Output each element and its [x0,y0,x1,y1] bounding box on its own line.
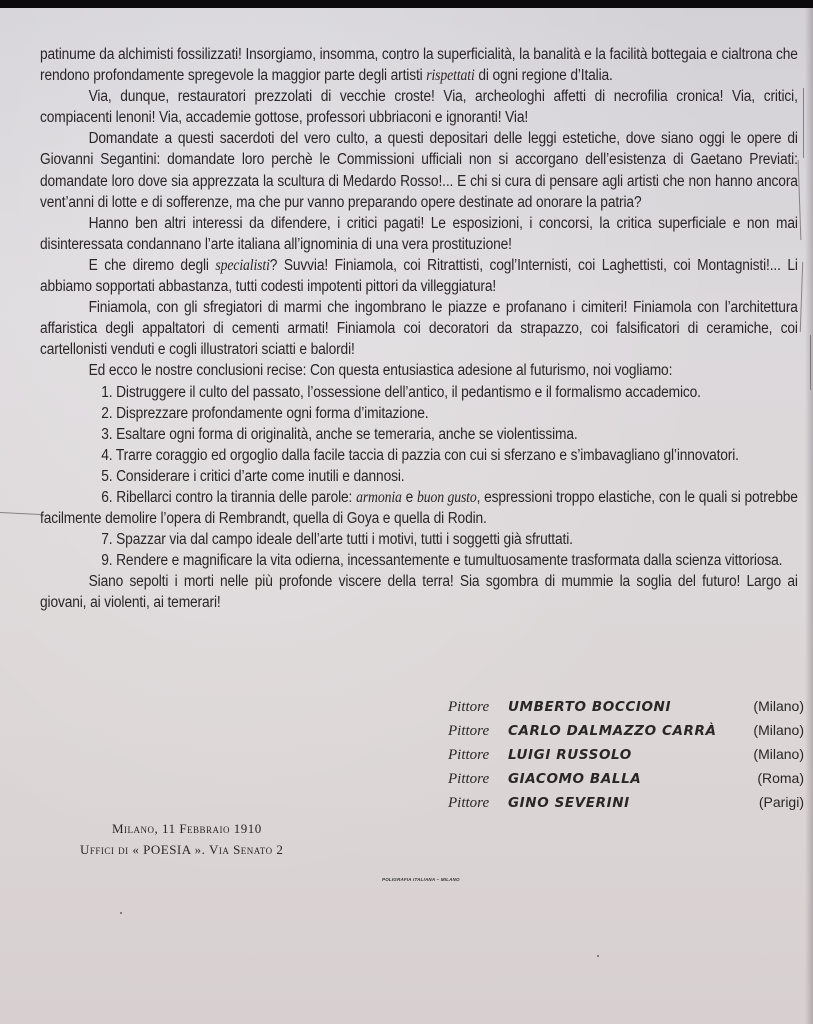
signature-city: (Roma) [757,770,804,786]
list-item: 9. Rendere e magnificare la vita odierna… [40,550,798,571]
italic-word: buon gusto [417,489,477,506]
manifesto-body: patinume da alchimisti fossilizzati! Ins… [40,44,724,614]
paragraph-text: di ogni regione d’Italia. [475,67,613,84]
list-text: Ribellarci contro la tirannia delle paro… [116,489,356,506]
paragraph: E che diremo degli specialisti? Suvvia! … [40,255,798,297]
list-item: 1. Distruggere il culto del passato, l’o… [40,382,798,403]
signature-name: UMBERTO BOCCIONI [508,699,753,715]
paragraph: patinume da alchimisti fossilizzati! Ins… [40,44,798,86]
list-number: 4. [101,447,112,464]
italic-word: armonia [356,489,402,506]
list-number: 1. [101,384,112,401]
list-text: e [402,489,417,506]
paragraph: Ed ecco le nostre conclusioni recise: Co… [40,360,798,381]
list-number: 9. [101,552,112,569]
list-number: 2. [101,405,112,422]
paragraph: Finiamola, con gli sfregiatori di marmi … [40,297,798,360]
printer-mark: POLIGRAFIA ITALIANA – MILANO [382,877,460,882]
list-text: Esaltare ogni forma di originalità, anch… [116,426,577,443]
signature-city: (Milano) [753,746,804,762]
paragraph-text: E che diremo degli [89,257,216,274]
closing-paragraph: Siano sepolti i morti nelle più profonde… [40,571,798,613]
paper-speck [597,955,599,957]
signature-row: Pittore UMBERTO BOCCIONI (Milano) [448,698,804,722]
list-text: Disprezzare profondamente ogni forma d’i… [116,405,428,422]
signature-row: Pittore GIACOMO BALLA (Roma) [448,770,804,794]
signature-row: Pittore GINO SEVERINI (Parigi) [448,794,804,818]
list-number: 7. [101,531,112,548]
date-line: Milano, 11 Febbraio 1910 [80,818,283,839]
office-address-line: Uffici di « POESIA ». Via Senato 2 [80,839,283,860]
list-item: 6. Ribellarci contro la tirannia delle p… [40,487,798,529]
signature-title: Pittore [448,771,508,788]
signature-name: CARLO DALMAZZO CARRÀ [508,723,753,739]
list-text: Spazzar via dal campo ideale dell’arte t… [116,531,573,548]
margin-pencil-mark [803,88,804,158]
signature-city: (Milano) [753,698,804,714]
list-item: 3. Esaltare ogni forma di originalità, a… [40,424,798,445]
list-item: 4. Trarre coraggio ed orgoglio dalla fac… [40,445,798,466]
paragraph: Domandate a questi sacerdoti del vero cu… [40,128,798,212]
signature-name: GINO SEVERINI [508,795,759,811]
signature-block: Pittore UMBERTO BOCCIONI (Milano) Pittor… [448,698,804,818]
paragraph-text: patinume da alchimisti fossilizzati! Ins… [40,46,798,84]
signature-city: (Milano) [753,722,804,738]
paper-edge-shadow [805,8,813,1024]
signature-city: (Parigi) [759,794,804,810]
signature-name: LUIGI RUSSOLO [508,747,753,763]
list-text: Distruggere il culto del passato, l’osse… [116,384,701,401]
list-text: Rendere e magnificare la vita odierna, i… [116,552,782,569]
list-number: 5. [101,468,112,485]
list-number: 3. [101,426,112,443]
list-text: Considerare i critici d’arte come inutil… [116,468,404,485]
signature-row: Pittore LUIGI RUSSOLO (Milano) [448,746,804,770]
paper-speck [120,912,122,914]
italic-word: specialisti [215,257,269,274]
signature-title: Pittore [448,747,508,764]
signature-title: Pittore [448,699,508,716]
list-item: 5. Considerare i critici d’arte come inu… [40,466,798,487]
signature-name: GIACOMO BALLA [508,771,757,787]
paper-speck [400,58,402,60]
italic-word: rispettati [426,67,474,84]
paragraph: Hanno ben altri interessi da difendere, … [40,213,798,255]
list-number: 6. [101,489,112,506]
list-item: 7. Spazzar via dal campo ideale dell’art… [40,529,798,550]
signature-row: Pittore CARLO DALMAZZO CARRÀ (Milano) [448,722,804,746]
list-item: 2. Disprezzare profondamente ogni forma … [40,403,798,424]
paragraph: Via, dunque, restauratori prezzolati di … [40,86,798,128]
margin-pencil-mark [810,335,811,390]
signature-title: Pittore [448,795,508,812]
list-text: Trarre coraggio ed orgoglio dalla facile… [116,447,739,464]
signature-title: Pittore [448,723,508,740]
dateline-block: Milano, 11 Febbraio 1910 Uffici di « POE… [80,818,283,860]
